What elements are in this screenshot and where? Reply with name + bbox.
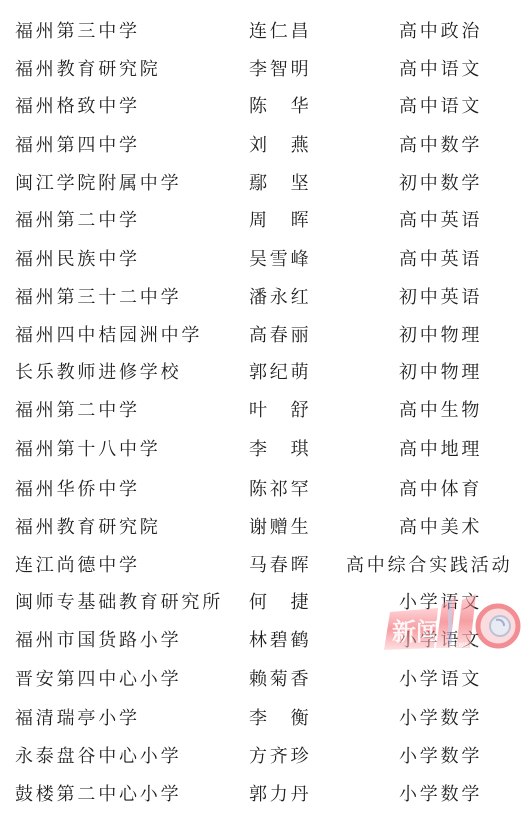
list-item: 闽江学院附属中学 鄢 坚 初中数学 bbox=[0, 171, 529, 197]
school-name: 连江尚德中学 bbox=[15, 553, 140, 579]
school-name: 福州格致中学 bbox=[15, 94, 140, 120]
subject: 初中英语 bbox=[399, 285, 482, 311]
school-name: 闽江学院附属中学 bbox=[15, 171, 181, 197]
subject: 高中政治 bbox=[399, 19, 482, 45]
school-name: 福州四中桔园洲中学 bbox=[15, 323, 202, 349]
teacher-name: 吴雪峰 bbox=[249, 247, 311, 273]
teacher-name: 何 捷 bbox=[249, 590, 311, 616]
subject: 高中地理 bbox=[399, 437, 482, 463]
subject: 初中数学 bbox=[399, 171, 482, 197]
list-item: 福州格致中学 陈 华 高中语文 bbox=[0, 94, 529, 120]
list-item: 福州第二中学 叶 舒 高中生物 bbox=[0, 398, 529, 424]
teacher-name: 郭力丹 bbox=[249, 782, 311, 808]
teacher-name: 赖菊香 bbox=[249, 667, 311, 693]
subject: 小学数学 bbox=[399, 782, 482, 808]
subject: 高中英语 bbox=[399, 247, 482, 273]
list-item: 福清瑞亭小学 李 衡 小学数学 bbox=[0, 706, 529, 732]
school-name: 福州第十八中学 bbox=[15, 437, 161, 463]
teacher-name: 刘 燕 bbox=[249, 133, 311, 159]
subject: 高中综合实践活动 bbox=[346, 553, 512, 579]
school-name: 福州教育研究院 bbox=[15, 57, 161, 83]
school-name: 福州第四中学 bbox=[15, 133, 140, 159]
list-item: 福州第二中学 周 晖 高中英语 bbox=[0, 208, 529, 234]
teacher-name: 高春丽 bbox=[249, 323, 311, 349]
teacher-list: 福州第三中学 连仁昌 高中政治 福州教育研究院 李智明 高中语文 福州格致中学 … bbox=[0, 0, 529, 818]
teacher-name: 叶 舒 bbox=[249, 398, 311, 424]
teacher-name: 李 衡 bbox=[249, 706, 311, 732]
school-name: 福州市国货路小学 bbox=[15, 628, 181, 654]
subject: 高中美术 bbox=[399, 515, 482, 541]
school-name: 永泰盘谷中心小学 bbox=[15, 744, 181, 770]
list-item: 福州教育研究院 李智明 高中语文 bbox=[0, 57, 529, 83]
list-item: 福州市国货路小学 林碧鹤 小学语文 bbox=[0, 628, 529, 654]
subject: 高中体育 bbox=[399, 477, 482, 503]
school-name: 鼓楼第二中心小学 bbox=[15, 782, 181, 808]
list-item: 福州第十八中学 李 琪 高中地理 bbox=[0, 437, 529, 463]
school-name: 福清瑞亭小学 bbox=[15, 706, 140, 732]
subject: 小学语文 bbox=[399, 628, 482, 654]
teacher-name: 马春晖 bbox=[249, 553, 311, 579]
teacher-name: 林碧鹤 bbox=[249, 628, 311, 654]
list-item: 福州教育研究院 谢赠生 高中美术 bbox=[0, 515, 529, 541]
school-name: 长乐教师进修学校 bbox=[15, 360, 181, 386]
teacher-name: 陈祁罕 bbox=[249, 477, 311, 503]
subject: 小学语文 bbox=[399, 667, 482, 693]
list-item: 福州第三中学 连仁昌 高中政治 bbox=[0, 19, 529, 45]
subject: 高中语文 bbox=[399, 94, 482, 120]
subject: 小学数学 bbox=[399, 744, 482, 770]
list-item: 连江尚德中学 马春晖 高中综合实践活动 bbox=[0, 553, 529, 579]
list-item: 福州第三十二中学 潘永红 初中英语 bbox=[0, 285, 529, 311]
school-name: 晋安第四中心小学 bbox=[15, 667, 181, 693]
school-name: 福州第二中学 bbox=[15, 208, 140, 234]
teacher-name: 陈 华 bbox=[249, 94, 311, 120]
subject: 小学数学 bbox=[399, 706, 482, 732]
teacher-name: 谢赠生 bbox=[249, 515, 311, 541]
subject: 高中生物 bbox=[399, 398, 482, 424]
teacher-name: 郭纪萌 bbox=[249, 360, 311, 386]
school-name: 福州教育研究院 bbox=[15, 515, 161, 541]
list-item: 福州民族中学 吴雪峰 高中英语 bbox=[0, 247, 529, 273]
subject: 小学语文 bbox=[399, 590, 482, 616]
list-item: 福州第四中学 刘 燕 高中数学 bbox=[0, 133, 529, 159]
list-item: 鼓楼第二中心小学 郭力丹 小学数学 bbox=[0, 782, 529, 808]
teacher-name: 鄢 坚 bbox=[249, 171, 311, 197]
subject: 高中语文 bbox=[399, 57, 482, 83]
teacher-name: 连仁昌 bbox=[249, 19, 311, 45]
list-item: 长乐教师进修学校 郭纪萌 初中物理 bbox=[0, 360, 529, 386]
teacher-name: 方齐珍 bbox=[249, 744, 311, 770]
subject: 初中物理 bbox=[399, 323, 482, 349]
teacher-name: 李智明 bbox=[249, 57, 311, 83]
list-item: 永泰盘谷中心小学 方齐珍 小学数学 bbox=[0, 744, 529, 770]
list-item: 福州四中桔园洲中学 高春丽 初中物理 bbox=[0, 323, 529, 349]
subject: 高中数学 bbox=[399, 133, 482, 159]
subject: 初中物理 bbox=[399, 360, 482, 386]
school-name: 福州民族中学 bbox=[15, 247, 140, 273]
school-name: 福州第二中学 bbox=[15, 398, 140, 424]
teacher-name: 潘永红 bbox=[249, 285, 311, 311]
list-item: 晋安第四中心小学 赖菊香 小学语文 bbox=[0, 667, 529, 693]
school-name: 闽师专基础教育研究所 bbox=[15, 590, 223, 616]
list-item: 福州华侨中学 陈祁罕 高中体育 bbox=[0, 477, 529, 503]
school-name: 福州华侨中学 bbox=[15, 477, 140, 503]
list-item: 闽师专基础教育研究所 何 捷 小学语文 bbox=[0, 590, 529, 616]
teacher-name: 李 琪 bbox=[249, 437, 311, 463]
subject: 高中英语 bbox=[399, 208, 482, 234]
teacher-name: 周 晖 bbox=[249, 208, 311, 234]
school-name: 福州第三中学 bbox=[15, 19, 140, 45]
school-name: 福州第三十二中学 bbox=[15, 285, 181, 311]
